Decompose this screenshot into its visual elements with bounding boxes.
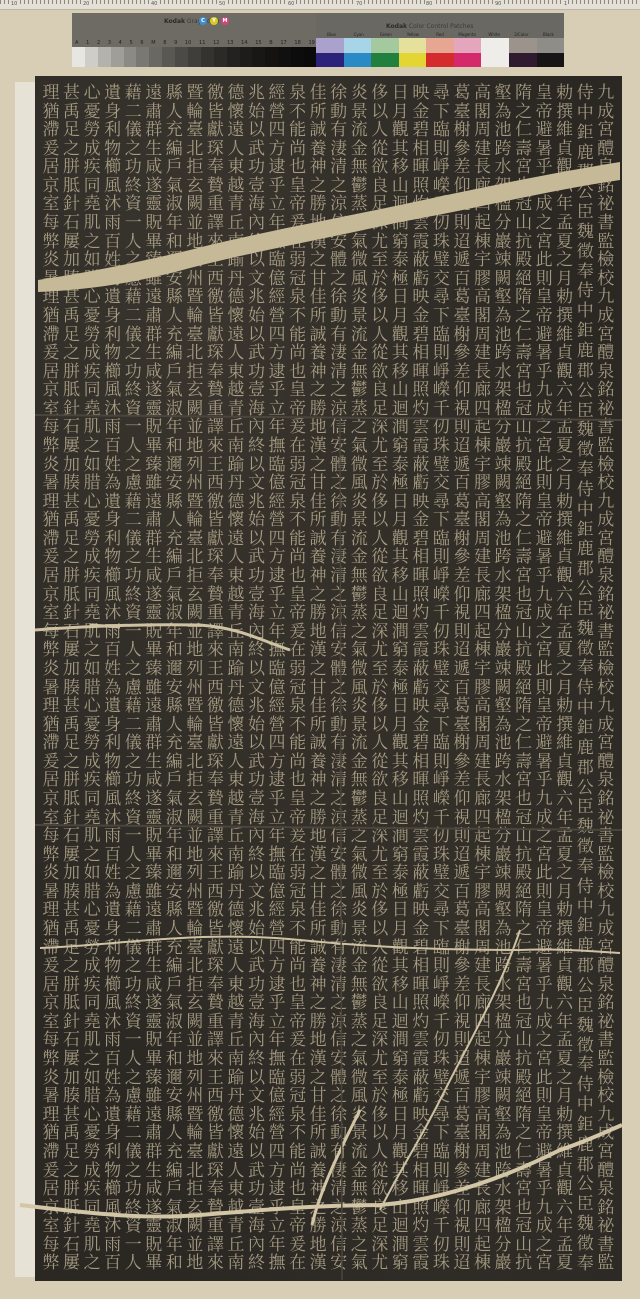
inscription-character: 乎	[269, 790, 286, 808]
inscription-character: 銘	[597, 1199, 614, 1217]
inscription-character: 避	[536, 530, 553, 548]
inscription-character: 映	[412, 288, 429, 306]
inscription-character: 也	[515, 790, 532, 808]
inscription-character: 所	[310, 716, 327, 734]
color-patch-swatch	[371, 38, 399, 53]
inscription-character: 避	[536, 326, 553, 344]
inscription-character: 皇	[536, 84, 553, 102]
inscription-character: 居	[43, 976, 60, 994]
inscription-character: 尤	[371, 641, 388, 659]
inscription-character: 遠	[227, 1143, 244, 1161]
inscription-character: 居	[43, 158, 60, 176]
inscription-character: 隋	[515, 697, 532, 715]
inscription-character: 仁	[515, 121, 532, 139]
inscription-character: 侍	[577, 84, 594, 102]
inscription-character: 所	[310, 511, 327, 529]
inscription-character: 室	[43, 195, 60, 213]
inscription-character: 臺	[453, 920, 470, 938]
inscription-character: 以	[248, 939, 265, 957]
inscription-character: 遂	[145, 994, 162, 1012]
inscription-character: 王	[207, 864, 224, 882]
inscription-character: 書	[597, 827, 614, 845]
gray-step-label: 15	[255, 40, 261, 46]
inscription-character: 琛	[207, 1162, 224, 1180]
gray-step-swatch	[175, 47, 188, 67]
inscription-character: 冠	[289, 1087, 306, 1105]
inscription-character: 日	[392, 697, 409, 715]
inscription-character: 抗	[515, 1050, 532, 1068]
inscription-character: 終	[125, 586, 142, 604]
inscription-character: 京	[43, 381, 60, 399]
inscription-character: 二	[125, 103, 142, 121]
inscription-column: 縣人充編戶氣淑年和邇安縣人充編戶氣淑年和邇安縣人充編戶氣淑年和邇安縣人充編戶氣淑…	[164, 84, 184, 1273]
inscription-character: 屢	[63, 641, 80, 659]
inscription-character: 景	[351, 1124, 368, 1142]
inscription-character: 貞	[556, 753, 573, 771]
inscription-character: 人	[166, 920, 183, 938]
inscription-character: 姓	[104, 251, 121, 269]
inscription-character: 利	[104, 734, 121, 752]
inscription-character: 遠	[227, 121, 244, 139]
inscription-character: 肅	[145, 307, 162, 325]
inscription-character: 屢	[63, 1050, 80, 1068]
inscription-character: 鹿	[577, 739, 594, 757]
inscription-character: 所	[310, 103, 327, 121]
inscription-character: 暑	[43, 474, 60, 492]
inscription-character: 慮	[125, 474, 142, 492]
inscription-character: 廊	[474, 994, 491, 1012]
inscription-character: 室	[43, 809, 60, 827]
inscription-character: 弊	[43, 1254, 60, 1272]
inscription-character: 視	[453, 604, 470, 622]
inscription-character: 祕	[597, 400, 614, 418]
inscription-character: 肌	[84, 1236, 101, 1254]
inscription-character: 北	[186, 548, 203, 566]
inscription-character: 北	[186, 957, 203, 975]
inscription-character: 弱	[289, 864, 306, 882]
inscription-character: 弱	[289, 456, 306, 474]
inscription-character: 憂	[84, 103, 101, 121]
inscription-character: 金	[412, 307, 429, 325]
inscription-character: 之	[330, 381, 347, 399]
inscription-character: 郡	[577, 1156, 594, 1174]
inscription-character: 東	[227, 567, 244, 585]
inscription-character: 維	[556, 121, 573, 139]
gray-step-label: 14	[241, 40, 247, 46]
inscription-character: 壹	[248, 381, 265, 399]
inscription-character: 迢	[453, 437, 470, 455]
inscription-character: 遠	[227, 530, 244, 548]
inscription-character: 也	[289, 158, 306, 176]
inscription-character: 甚	[63, 1106, 80, 1124]
inscription-character: 人	[227, 957, 244, 975]
inscription-character: 壽	[515, 753, 532, 771]
inscription-character: 魏	[577, 1215, 594, 1233]
inscription-character: 冠	[515, 1217, 532, 1235]
gray-step-label: 3	[108, 40, 111, 46]
inscription-character: 養	[310, 1162, 327, 1180]
inscription-character: 猶	[43, 920, 60, 938]
inscription-character: 清	[330, 363, 347, 381]
inscription-character: 相	[412, 548, 429, 566]
inscription-character: 臣	[577, 997, 594, 1015]
inscription-character: 資	[125, 809, 142, 827]
inscription-character: 仰	[453, 790, 470, 808]
inscription-character: 生	[145, 548, 162, 566]
inscription-character: 譯	[207, 827, 224, 845]
inscription-character: 鬱	[351, 994, 368, 1012]
inscription-character: 功	[125, 976, 142, 994]
inscription-character: 贄	[207, 381, 224, 399]
inscription-character: 泉	[289, 84, 306, 102]
inscription-character: 疾	[84, 1180, 101, 1198]
inscription-character: 清	[330, 1180, 347, 1198]
inscription-character: 之	[351, 214, 368, 232]
inscription-character: 百	[104, 233, 121, 251]
inscription-character: 撫	[269, 1254, 286, 1272]
inscription-character: 徐	[330, 493, 347, 511]
color-patch-label: Cyan	[345, 32, 372, 37]
inscription-character: 百	[104, 437, 121, 455]
gray-step-label: 12	[213, 40, 219, 46]
inscription-character: 鉅	[577, 1116, 594, 1134]
inscription-character: 觀	[392, 121, 409, 139]
inscription-character: 宮	[515, 976, 532, 994]
inscription-character: 編	[166, 957, 183, 975]
inscription-character: 加	[63, 660, 80, 678]
inscription-character: 和	[166, 846, 183, 864]
inscription-character: 肌	[84, 418, 101, 436]
inscription-character: 成	[536, 604, 553, 622]
gray-step-swatch	[111, 47, 124, 67]
kodak-color-control-patches: Kodak Color Control Patches BlueCyanGree…	[316, 13, 564, 67]
inscription-column: 勅撰維貞觀六年孟夏之月勅撰維貞觀六年孟夏之月勅撰維貞觀六年孟夏之月勅撰維貞觀六年…	[555, 84, 575, 1273]
inscription-character: 之	[125, 864, 142, 882]
inscription-character: 建	[474, 548, 491, 566]
inscription-character: 雨	[104, 1236, 121, 1254]
inscription-character: 腠	[63, 1087, 80, 1105]
inscription-character: 炎	[43, 864, 60, 882]
inscription-character: 窮	[392, 1050, 409, 1068]
inscription-character: 冠	[515, 604, 532, 622]
inscription-character: 銘	[597, 381, 614, 399]
inscription-character: 徵	[577, 243, 594, 261]
inscription-character: 暑	[536, 548, 553, 566]
inscription-character: 為	[104, 270, 121, 288]
inscription-character: 校	[597, 474, 614, 492]
inscription-character: 遞	[453, 456, 470, 474]
inscription-character: 功	[125, 771, 142, 789]
inscription-character: 貺	[145, 827, 162, 845]
inscription-character: 尤	[371, 233, 388, 251]
inscription-character: 夏	[556, 846, 573, 864]
inscription-character: 也	[515, 1199, 532, 1217]
inscription-character: 炎	[43, 456, 60, 474]
inscription-character: 逮	[269, 771, 286, 789]
gray-step-swatch	[98, 47, 111, 67]
inscription-column: 德懷遠人東越青丘南踰丹德懷遠人東越青丘南踰丹德懷遠人東越青丘南踰丹德懷遠人東越青…	[226, 84, 246, 1273]
inscription-character: 撫	[269, 233, 286, 251]
inscription-character: 疾	[84, 363, 101, 381]
inscription-character: 邇	[166, 660, 183, 678]
inscription-character: 長	[474, 363, 491, 381]
inscription-character: 安	[166, 270, 183, 288]
inscription-character: 閣	[474, 307, 491, 325]
inscription-character: 沐	[104, 809, 121, 827]
inscription-character: 仞	[433, 214, 450, 232]
inscription-character: 暉	[412, 567, 429, 585]
inscription-character: 踰	[227, 864, 244, 882]
inscription-character: 奉	[207, 567, 224, 585]
inscription-character: 徐	[330, 84, 347, 102]
inscription-character: 猶	[43, 103, 60, 121]
inscription-character: 肅	[145, 716, 162, 734]
inscription-character: 徐	[330, 697, 347, 715]
inscription-character: 懷	[227, 307, 244, 325]
inscription-character: 有	[330, 939, 347, 957]
inscription-character: 王	[207, 251, 224, 269]
inscription-character: 地	[310, 827, 327, 845]
inscription-character: 雨	[104, 1031, 121, 1049]
inscription-character: 之	[351, 827, 368, 845]
inscription-character: 櫛	[104, 1180, 121, 1198]
inscription-character: 檢	[597, 1069, 614, 1087]
inscription-character: 獻	[207, 121, 224, 139]
inscription-character: 差	[453, 1180, 470, 1198]
inscription-character: 神	[310, 567, 327, 585]
inscription-character: 來	[207, 846, 224, 864]
inscription-character: 暉	[412, 363, 429, 381]
inscription-character: 臨	[433, 734, 450, 752]
inscription-character: 跨	[495, 753, 512, 771]
inscription-character: 風	[104, 790, 121, 808]
inscription-character: 弊	[43, 846, 60, 864]
inscription-character: 成	[597, 920, 614, 938]
inscription-character: 臨	[269, 660, 286, 678]
inscription-character: 九	[597, 493, 614, 511]
inscription-character: 腠	[63, 270, 80, 288]
inscription-character: 佳	[310, 84, 327, 102]
inscription-column: 高閣周建長廊四起棟宇膠高閣周建長廊四起棟宇膠高閣周建長廊四起棟宇膠高閣周建長廊四…	[472, 84, 492, 1273]
inscription-character: 輪	[186, 1124, 203, 1142]
inscription-character: 山	[392, 1199, 409, 1217]
inscription-character: 監	[597, 846, 614, 864]
inscription-character: 臺	[453, 307, 470, 325]
inscription-character: 地	[310, 1031, 327, 1049]
inscription-character: 物	[104, 140, 121, 158]
inscription-character: 南	[227, 437, 244, 455]
inscription-column: 兆始以武功壹海內終以文兆始以武功壹海內終以文兆始以武功壹海內終以文兆始以武功壹海…	[246, 84, 266, 1273]
inscription-character: 欲	[371, 363, 388, 381]
inscription-character: 甘	[310, 270, 327, 288]
inscription-character: 閣	[474, 920, 491, 938]
inscription-character: 崢	[433, 1180, 450, 1198]
inscription-character: 佳	[310, 901, 327, 919]
inscription-character: 灼	[412, 1013, 429, 1031]
inscription-character: 安	[330, 233, 347, 251]
inscription-character: 宮	[515, 363, 532, 381]
inscription-character: 東	[227, 976, 244, 994]
inscription-character: 泰	[392, 660, 409, 678]
inscription-character: 夏	[556, 1050, 573, 1068]
inscription-character: 千	[433, 195, 450, 213]
inscription-character: 德	[227, 84, 244, 102]
inscription-character: 金	[351, 548, 368, 566]
inscription-character: 冠	[289, 474, 306, 492]
inscription-character: 遞	[453, 660, 470, 678]
inscription-character: 猶	[43, 511, 60, 529]
inscription-character: 譯	[207, 1031, 224, 1049]
inscription-character: 壑	[495, 697, 512, 715]
inscription-character: 物	[104, 1162, 121, 1180]
inscription-character: 如	[84, 864, 101, 882]
inscription-character: 崢	[433, 976, 450, 994]
inscription-character: 九	[536, 586, 553, 604]
inscription-character: 爰	[289, 214, 306, 232]
inscription-character: 氣	[351, 641, 368, 659]
inscription-character: 動	[330, 103, 347, 121]
inscription-character: 葛	[453, 697, 470, 715]
inscription-character: 六	[556, 381, 573, 399]
inscription-character: 長	[474, 771, 491, 789]
inscription-character: 憂	[84, 920, 101, 938]
inscription-character: 廊	[474, 790, 491, 808]
inscription-character: 徵	[577, 838, 594, 856]
inscription-character: 不	[289, 716, 306, 734]
inscription-character: 拒	[186, 567, 203, 585]
inscription-character: 映	[412, 1106, 429, 1124]
inscription-character: 成	[536, 400, 553, 418]
inscription-character: 儀	[125, 734, 142, 752]
inscription-character: 視	[453, 400, 470, 418]
inscription-character: 營	[269, 1124, 286, 1142]
inscription-character: 泉	[597, 976, 614, 994]
inscription-character: 始	[248, 103, 265, 121]
inscription-character: 同	[84, 1199, 101, 1217]
inscription-character: 石	[63, 418, 80, 436]
inscription-character: 千	[433, 809, 450, 827]
inscription-character: 魏	[577, 620, 594, 638]
inscription-character: 宮	[597, 326, 614, 344]
inscription-column: 徼皆獻琛奉贄重譯來王西徼皆獻琛奉贄重譯來王西徼皆獻琛奉贄重譯來王西徼皆獻琛奉贄重…	[205, 84, 225, 1273]
inscription-character: 贄	[207, 790, 224, 808]
inscription-character: 沐	[104, 195, 121, 213]
inscription-character: 能	[289, 530, 306, 548]
inscription-column: 葛臺榭參差仰視則迢遞百葛臺榭參差仰視則迢遞百葛臺榭參差仰視則迢遞百葛臺榭參差仰視…	[452, 84, 472, 1273]
inscription-character: 遠	[145, 84, 162, 102]
inscription-character: 其	[392, 957, 409, 975]
inscription-character: 甘	[310, 1087, 327, 1105]
inscription-character: 公	[577, 580, 594, 598]
inscription-character: 霞	[412, 233, 429, 251]
inscription-character: 理	[43, 84, 60, 102]
inscription-character: 貞	[556, 1162, 573, 1180]
inscription-character: 爰	[43, 957, 60, 975]
inscription-character: 流	[351, 326, 368, 344]
inscription-character: 壑	[495, 288, 512, 306]
inscription-character: 靈	[145, 1217, 162, 1235]
inscription-character: 泰	[392, 864, 409, 882]
inscription-character: 公	[577, 183, 594, 201]
inscription-character: 禹	[63, 1124, 80, 1142]
inscription-character: 蒸	[351, 809, 368, 827]
inscription-character: 澗	[392, 1031, 409, 1049]
inscription-character: 西	[207, 883, 224, 901]
inscription-character: 跨	[495, 344, 512, 362]
inscription-character: 地	[186, 846, 203, 864]
inscription-character: 微	[351, 251, 368, 269]
inscription-character: 縣	[166, 901, 183, 919]
inscription-character: 理	[43, 697, 60, 715]
inscription-character: 鉅	[577, 124, 594, 142]
inscription-character: 神	[310, 363, 327, 381]
inscription-character: 憂	[84, 1124, 101, 1142]
inscription-character: 徼	[207, 901, 224, 919]
inscription-character: 百	[104, 1050, 121, 1068]
inscription-character: 之	[63, 548, 80, 566]
inscription-character: 年	[556, 809, 573, 827]
inscription-character: 榭	[453, 121, 470, 139]
inscription-character: 榭	[453, 734, 470, 752]
inscription-character: 月	[556, 883, 573, 901]
inscription-character: 風	[351, 474, 368, 492]
inscription-character: 書	[597, 623, 614, 641]
inscription-character: 武	[248, 548, 265, 566]
inscription-character: 人	[371, 121, 388, 139]
inscription-character: 宮	[515, 567, 532, 585]
inscription-character: 之	[125, 660, 142, 678]
gray-step-swatch	[304, 47, 317, 67]
inscription-character: 拒	[186, 363, 203, 381]
inscription-character: 始	[248, 307, 265, 325]
inscription-character: 有	[330, 326, 347, 344]
gray-step-label: 8	[163, 40, 166, 46]
inscription-character: 灼	[412, 604, 429, 622]
inscription-character: 泉	[289, 288, 306, 306]
inscription-character: 灼	[412, 809, 429, 827]
inscription-character: 臣	[577, 402, 594, 420]
inscription-character: 居	[43, 771, 60, 789]
inscription-character: 胼	[63, 1180, 80, 1198]
inscription-character: 尤	[371, 1254, 388, 1272]
inscription-character: 差	[453, 158, 470, 176]
inscription-character: 貞	[556, 957, 573, 975]
gray-step-label: 18	[294, 40, 300, 46]
inscription-character: 闕	[186, 809, 203, 827]
inscription-character: 水	[495, 771, 512, 789]
inscription-character: 拒	[186, 158, 203, 176]
inscription-character: 皇	[536, 697, 553, 715]
inscription-character: 下	[433, 511, 450, 529]
inscription-character: 臺	[186, 326, 203, 344]
inscription-character: 炎	[351, 1106, 368, 1124]
inscription-character: 流	[351, 1143, 368, 1161]
inscription-character: 櫛	[104, 158, 121, 176]
inscription-character: 仰	[453, 586, 470, 604]
color-patch-swatch	[481, 38, 509, 53]
inscription-character: 徼	[207, 697, 224, 715]
inscription-character: 甘	[310, 474, 327, 492]
inscription-character: 雲	[412, 827, 429, 845]
ruler-tick-label: 90	[494, 0, 502, 8]
inscription-character: 壹	[248, 586, 265, 604]
inscription-character: 充	[166, 530, 183, 548]
inscription-character: 年	[556, 1217, 573, 1235]
inscription-character: 檢	[597, 660, 614, 678]
inscription-character: 丘	[227, 623, 244, 641]
inscription-character: 方	[269, 548, 286, 566]
inscription-character: 榭	[453, 326, 470, 344]
